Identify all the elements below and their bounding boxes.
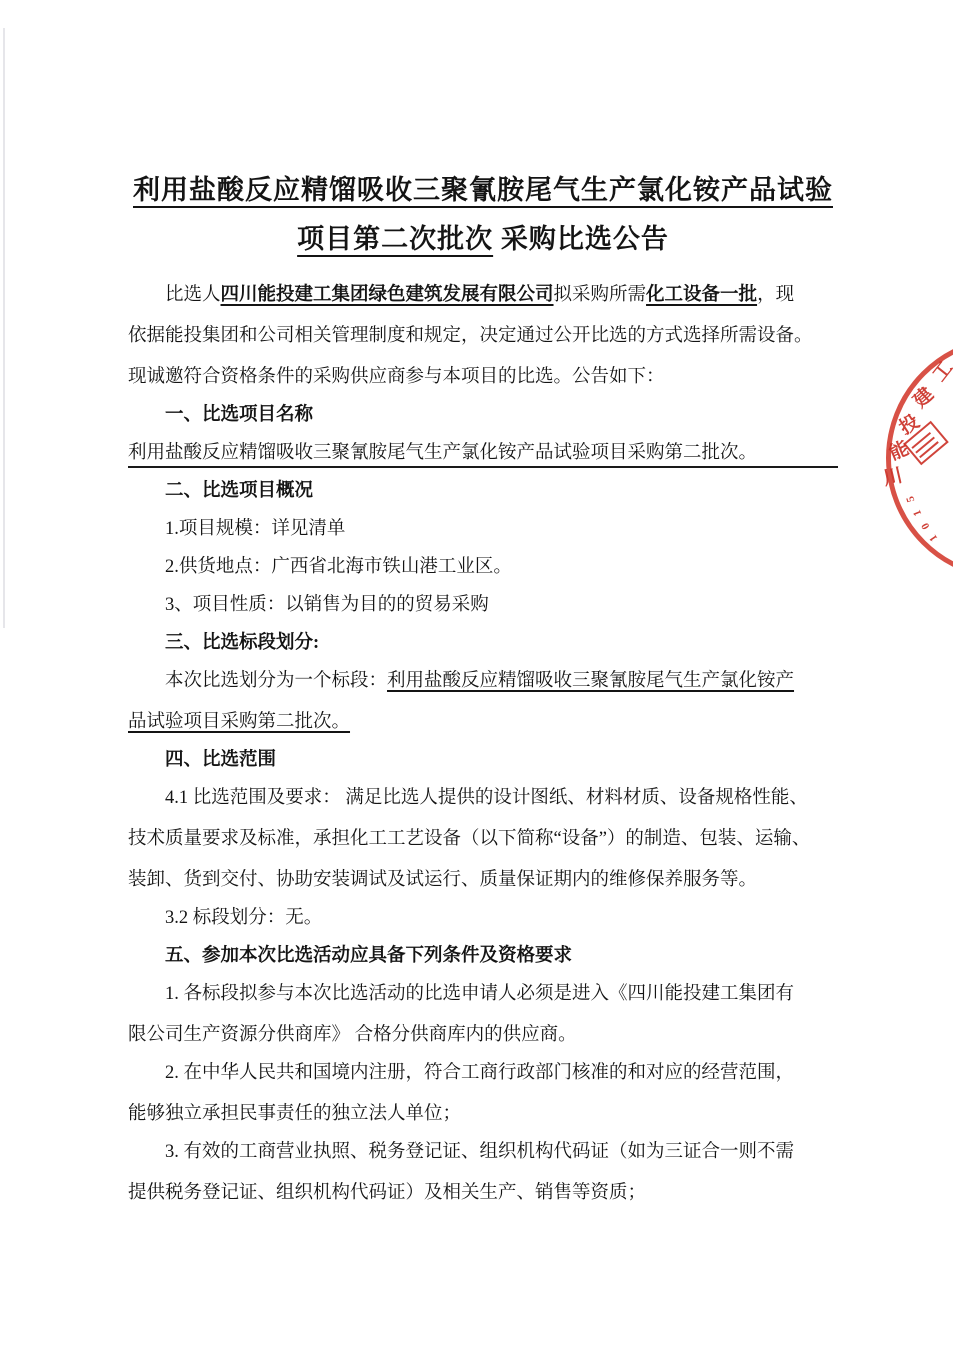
section5-item-1: 1. 各标段拟参与本次比选活动的比选申请人必须是进入《四川能投建工集团有 限公司… bbox=[128, 974, 838, 1056]
seal-serial-digit: 1 bbox=[927, 532, 940, 543]
section2-heading: 二、比选项目概况 bbox=[128, 471, 838, 512]
section1-heading: 一、比选项目名称 bbox=[128, 395, 838, 436]
intro-prefix: 比选人 bbox=[165, 285, 221, 305]
section5-heading: 五、参加本次比选活动应具备下列条件及资格要求 bbox=[128, 936, 838, 977]
section1-project-name: 利用盐酸反应精馏吸收三聚氰胺尾气生产氯化铵产品试验项目采购第二批次。 bbox=[128, 433, 838, 474]
section5-item-3: 3. 有效的工商营业执照、税务登记证、组织机构代码证（如为三证合一则不需 提供税… bbox=[128, 1132, 838, 1214]
section2-item-nature: 3、项目性质：以销售为目的的贸易采购 bbox=[128, 585, 838, 626]
title-line1: 利用盐酸反应精馏吸收三聚氰胺尾气生产氯化铵产品试验 bbox=[128, 166, 838, 215]
section5-item-2: 2. 在中华人民共和国境内注册，符合工商行政部门核准的和对应的经营范围， 能够独… bbox=[128, 1053, 838, 1135]
document-content: 利用盐酸反应精馏吸收三聚氰胺尾气生产氯化铵产品试验 项目第二次批次 采购比选公告… bbox=[128, 166, 838, 1211]
intro-mid: 拟采购所需 bbox=[554, 285, 647, 305]
section4-heading: 四、比选范围 bbox=[128, 740, 838, 781]
title-line2-rest: 采购比选公告 bbox=[493, 224, 669, 254]
intro-company-name: 四川能投建工集团绿色建筑发展有限公司 bbox=[221, 285, 554, 305]
title-line2-underlined: 项目第二次批次 bbox=[297, 224, 493, 254]
scan-edge-artifact bbox=[3, 28, 5, 628]
seal-serial-digit: 0 bbox=[919, 521, 932, 531]
seal-arc-char: 工 bbox=[925, 355, 953, 387]
seal-arc-char: 川 bbox=[880, 460, 905, 491]
intro-paragraph: 比选人四川能投建工集团绿色建筑发展有限公司拟采购所需化工设备一批，现 依据能投集… bbox=[128, 275, 838, 398]
section2-item-scale: 1.项目规模：详见清单 bbox=[128, 509, 838, 550]
red-seal-stamp: 工建投能川5101 bbox=[862, 333, 953, 591]
document-title: 利用盐酸反应精馏吸收三聚氰胺尾气生产氯化铵产品试验 项目第二次批次 采购比选公告 bbox=[128, 166, 838, 264]
section2-item-location: 2.供货地点：广西省北海市铁山港工业区。 bbox=[128, 547, 838, 588]
seal-arc-char: 投 bbox=[893, 407, 924, 440]
seal-arc-char: 建 bbox=[906, 380, 938, 413]
section3-paragraph: 本次比选划分为一个标段：利用盐酸反应精馏吸收三聚氰胺尾气生产氯化铵产 品试验项目… bbox=[128, 661, 838, 743]
seal-serial-digit: 1 bbox=[911, 508, 924, 518]
seal-serial-digit: 5 bbox=[904, 495, 917, 504]
title-line2: 项目第二次批次 采购比选公告 bbox=[128, 215, 838, 264]
document-page: 利用盐酸反应精馏吸收三聚氰胺尾气生产氯化铵产品试验 项目第二次批次 采购比选公告… bbox=[0, 0, 953, 1347]
intro-procurement-item: 化工设备一批 bbox=[646, 285, 757, 305]
section4-scope-paragraph: 4.1 比选范围及要求： 满足比选人提供的设计图纸、材料材质、设备规格性能、 技… bbox=[128, 778, 838, 901]
section4-lot-division: 3.2 标段划分：无。 bbox=[128, 898, 838, 939]
section3-lead: 本次比选划分为一个标段： bbox=[165, 671, 387, 691]
seal-inner-character-fragment bbox=[903, 421, 949, 466]
seal-arc-char: 能 bbox=[884, 433, 912, 465]
section3-heading: 三、比选标段划分: bbox=[128, 623, 838, 664]
seal-circle-border bbox=[886, 336, 953, 580]
